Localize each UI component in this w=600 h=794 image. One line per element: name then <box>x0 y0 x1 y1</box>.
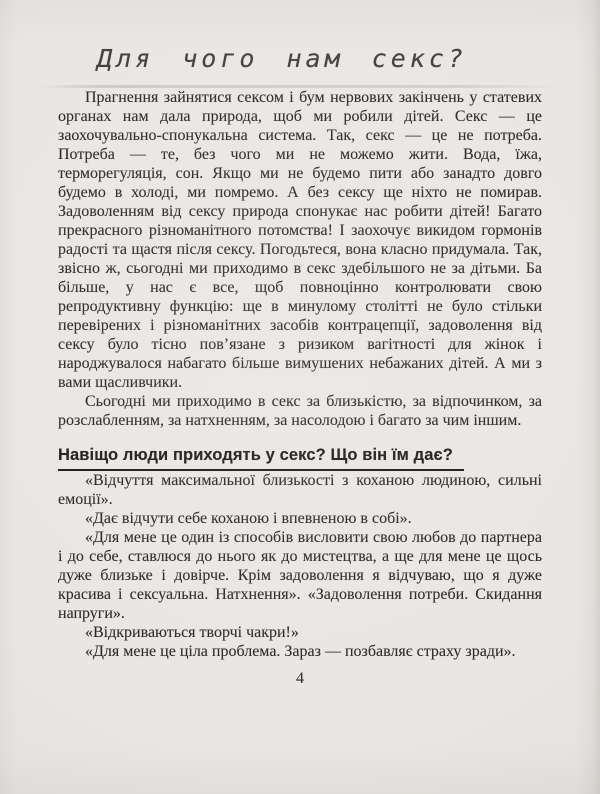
answer-quote-4: «Відкриваються творчі чакри!» <box>58 623 542 642</box>
scanned-book-page: Для чого нам секс? Прагнення зайнятися с… <box>0 0 600 794</box>
intro-paragraph-2: Сьогодні ми приходимо в секс за близькіс… <box>58 392 542 430</box>
page-content: Для чого нам секс? Прагнення зайнятися с… <box>0 44 600 688</box>
answer-quote-2: «Дає відчути себе коханою і впевненою в … <box>58 509 542 528</box>
answer-paragraph-3: «Для мене це один із способів висловити … <box>58 528 542 623</box>
section-heading: Навіщо люди приходять у секс? Що він їм … <box>58 445 464 471</box>
answer-quote-5: «Для мене це ціла проблема. Зараз — позб… <box>58 642 542 661</box>
intro-paragraph-1: Прагнення зайнятися сексом і бум нервови… <box>58 88 542 392</box>
page-title: Для чого нам секс? <box>40 44 524 74</box>
answer-quote-1: «Відчуття максимальної близькості з коха… <box>58 471 542 509</box>
page-number: 4 <box>58 670 542 688</box>
